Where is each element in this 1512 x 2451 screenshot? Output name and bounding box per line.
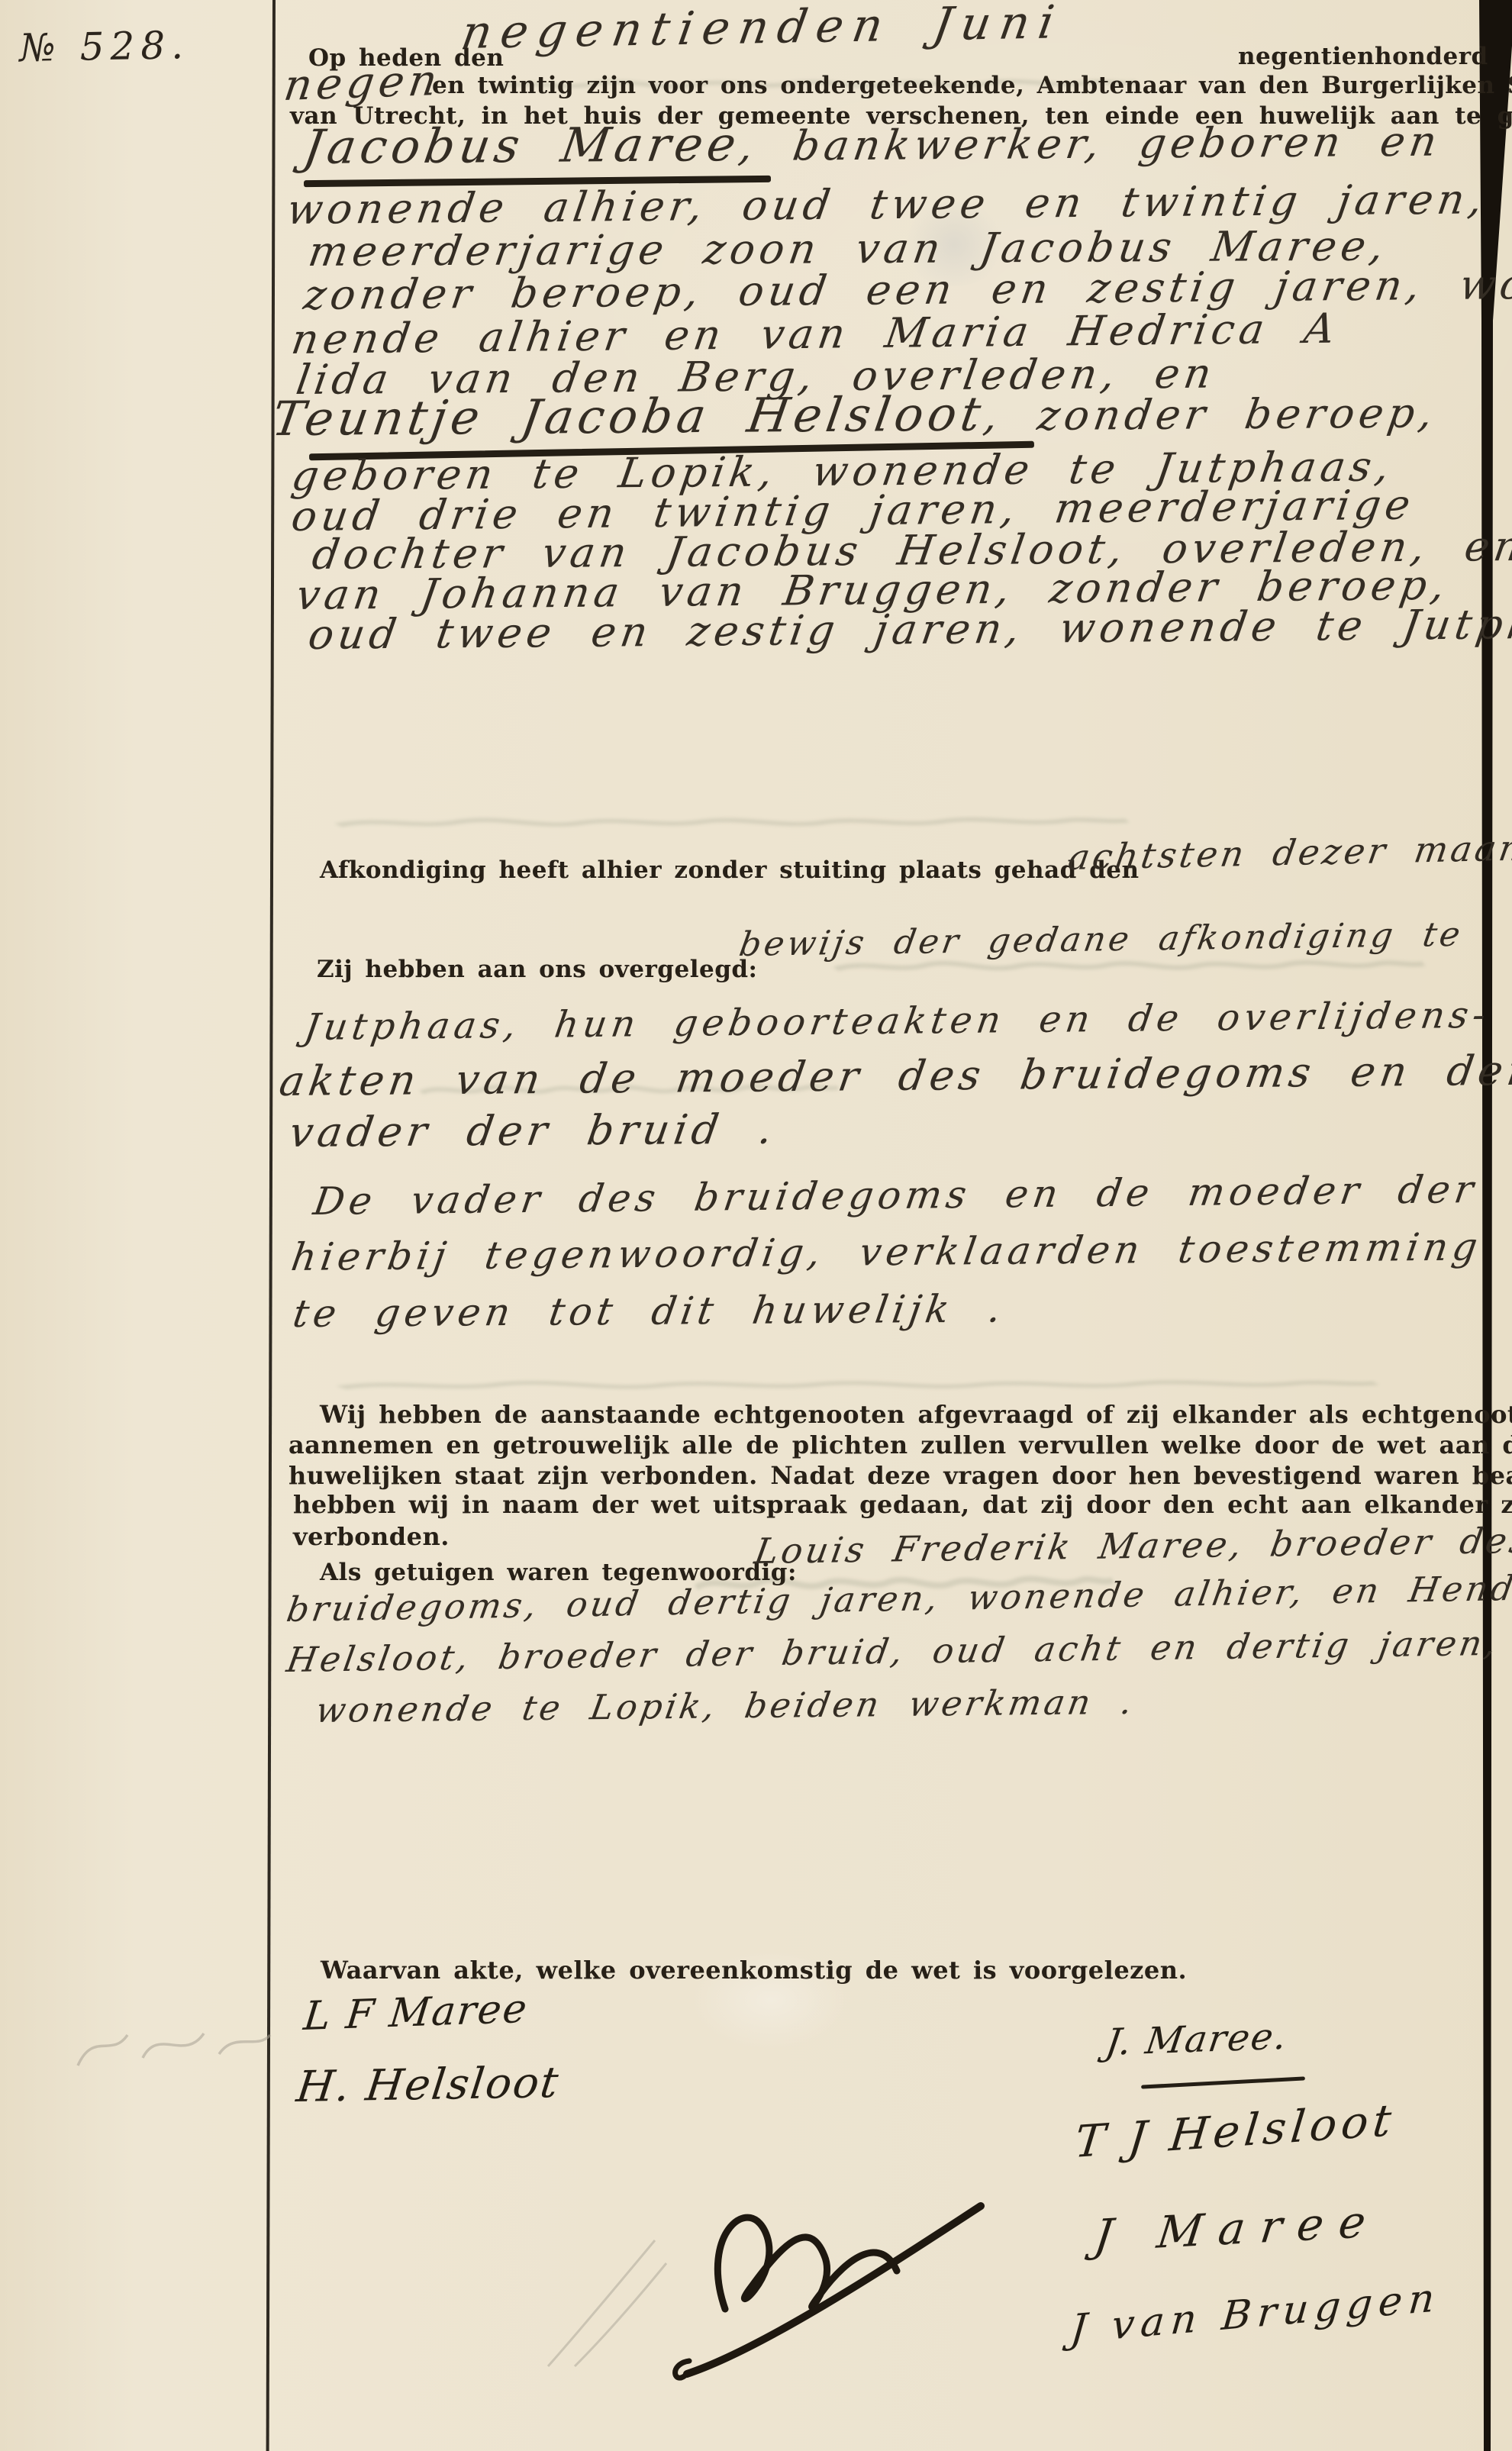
marriage-certificate-scan: № 528. Op heden den negentienden Juni ne… (0, 0, 1512, 2451)
signature-witness-helsloot: H. Helsloot (294, 2058, 563, 2112)
bride-line-rest: , zonder beroep, (981, 389, 1440, 440)
signature-tj-helsloot: T J Helsloot (1072, 2094, 1398, 2168)
groom-name-line: Jacobus Maree, bankwerker, geboren en (300, 111, 1446, 175)
witnesses-line: Louis Frederik Maree, broeder des (752, 1520, 1512, 1572)
signature-j-maree-2: J Maree (1091, 2195, 1384, 2262)
vows-line: hebben wij in naam der wet uitspraak ged… (293, 1490, 1512, 1519)
intro-handwritten-date: negentienden Juni (458, 0, 1067, 60)
act-number: № 528. (19, 23, 190, 70)
bleedthrough-ghost (328, 1374, 1389, 1397)
signature-j-maree: J. Maree. (1103, 2015, 1291, 2064)
groom-line-rest: , bankwerker, geboren en (736, 118, 1444, 170)
signature-j-van-bruggen: J van Bruggen (1069, 2275, 1443, 2353)
signature-j-maree-underline (1141, 2076, 1305, 2088)
announcement-printed: Afkondiging heeft alhier zonder stuiting… (320, 856, 1140, 884)
vows-line: verbonden. (293, 1522, 450, 1551)
groom-name: Jacobus Maree (300, 116, 744, 175)
bride-name-line: Teuntje Jacoba Helsloot, zonder beroep, (269, 382, 1441, 447)
intro-printed-line2: en twintig zijn voor ons ondergeteekende… (432, 72, 1512, 99)
witnesses-line: wonende te Lopik, beiden werkman . (313, 1682, 1138, 1730)
vows-line: huwelijken staat zijn verbonden. Nadat d… (289, 1461, 1512, 1490)
documents-line: Jutphaas, hun geboorteakten en de overli… (301, 994, 1493, 1049)
witnesses-line: Helsloot, broeder der bruid, oud acht en… (284, 1623, 1502, 1680)
signature-groom-father: L F Maree (301, 1986, 530, 2040)
vows-line: aannemen en getrouwelijk alle de plichte… (289, 1430, 1512, 1459)
documents-line: akten van de moeder des bruidegoms en de… (276, 1047, 1512, 1105)
official-signature-flourish (653, 2164, 1011, 2393)
consent-line: hierbij tegenwoordig, verklaarden toeste… (289, 1224, 1485, 1279)
intro-printed-year: negentienhonderd (1238, 43, 1488, 70)
documents-printed: Zij hebben aan ons overgelegd: (317, 956, 758, 983)
consent-line: De vader des bruidegoms en de moeder der… (311, 1166, 1512, 1224)
bride-name: Teuntje Jacoba Helsloot (269, 385, 989, 447)
documents-line: vader der bruid . (286, 1105, 780, 1156)
vows-line: Wij hebben de aanstaande echtgenooten af… (320, 1400, 1512, 1429)
pencil-strokes (533, 2233, 678, 2374)
consent-line: te geven tot dit huwelijk . (290, 1286, 1008, 1336)
closing-printed: Waarvan akte, welke overeenkomstig de we… (321, 1956, 1187, 1985)
pencil-note-margin (70, 2012, 276, 2088)
bleedthrough-ghost (328, 811, 1137, 835)
